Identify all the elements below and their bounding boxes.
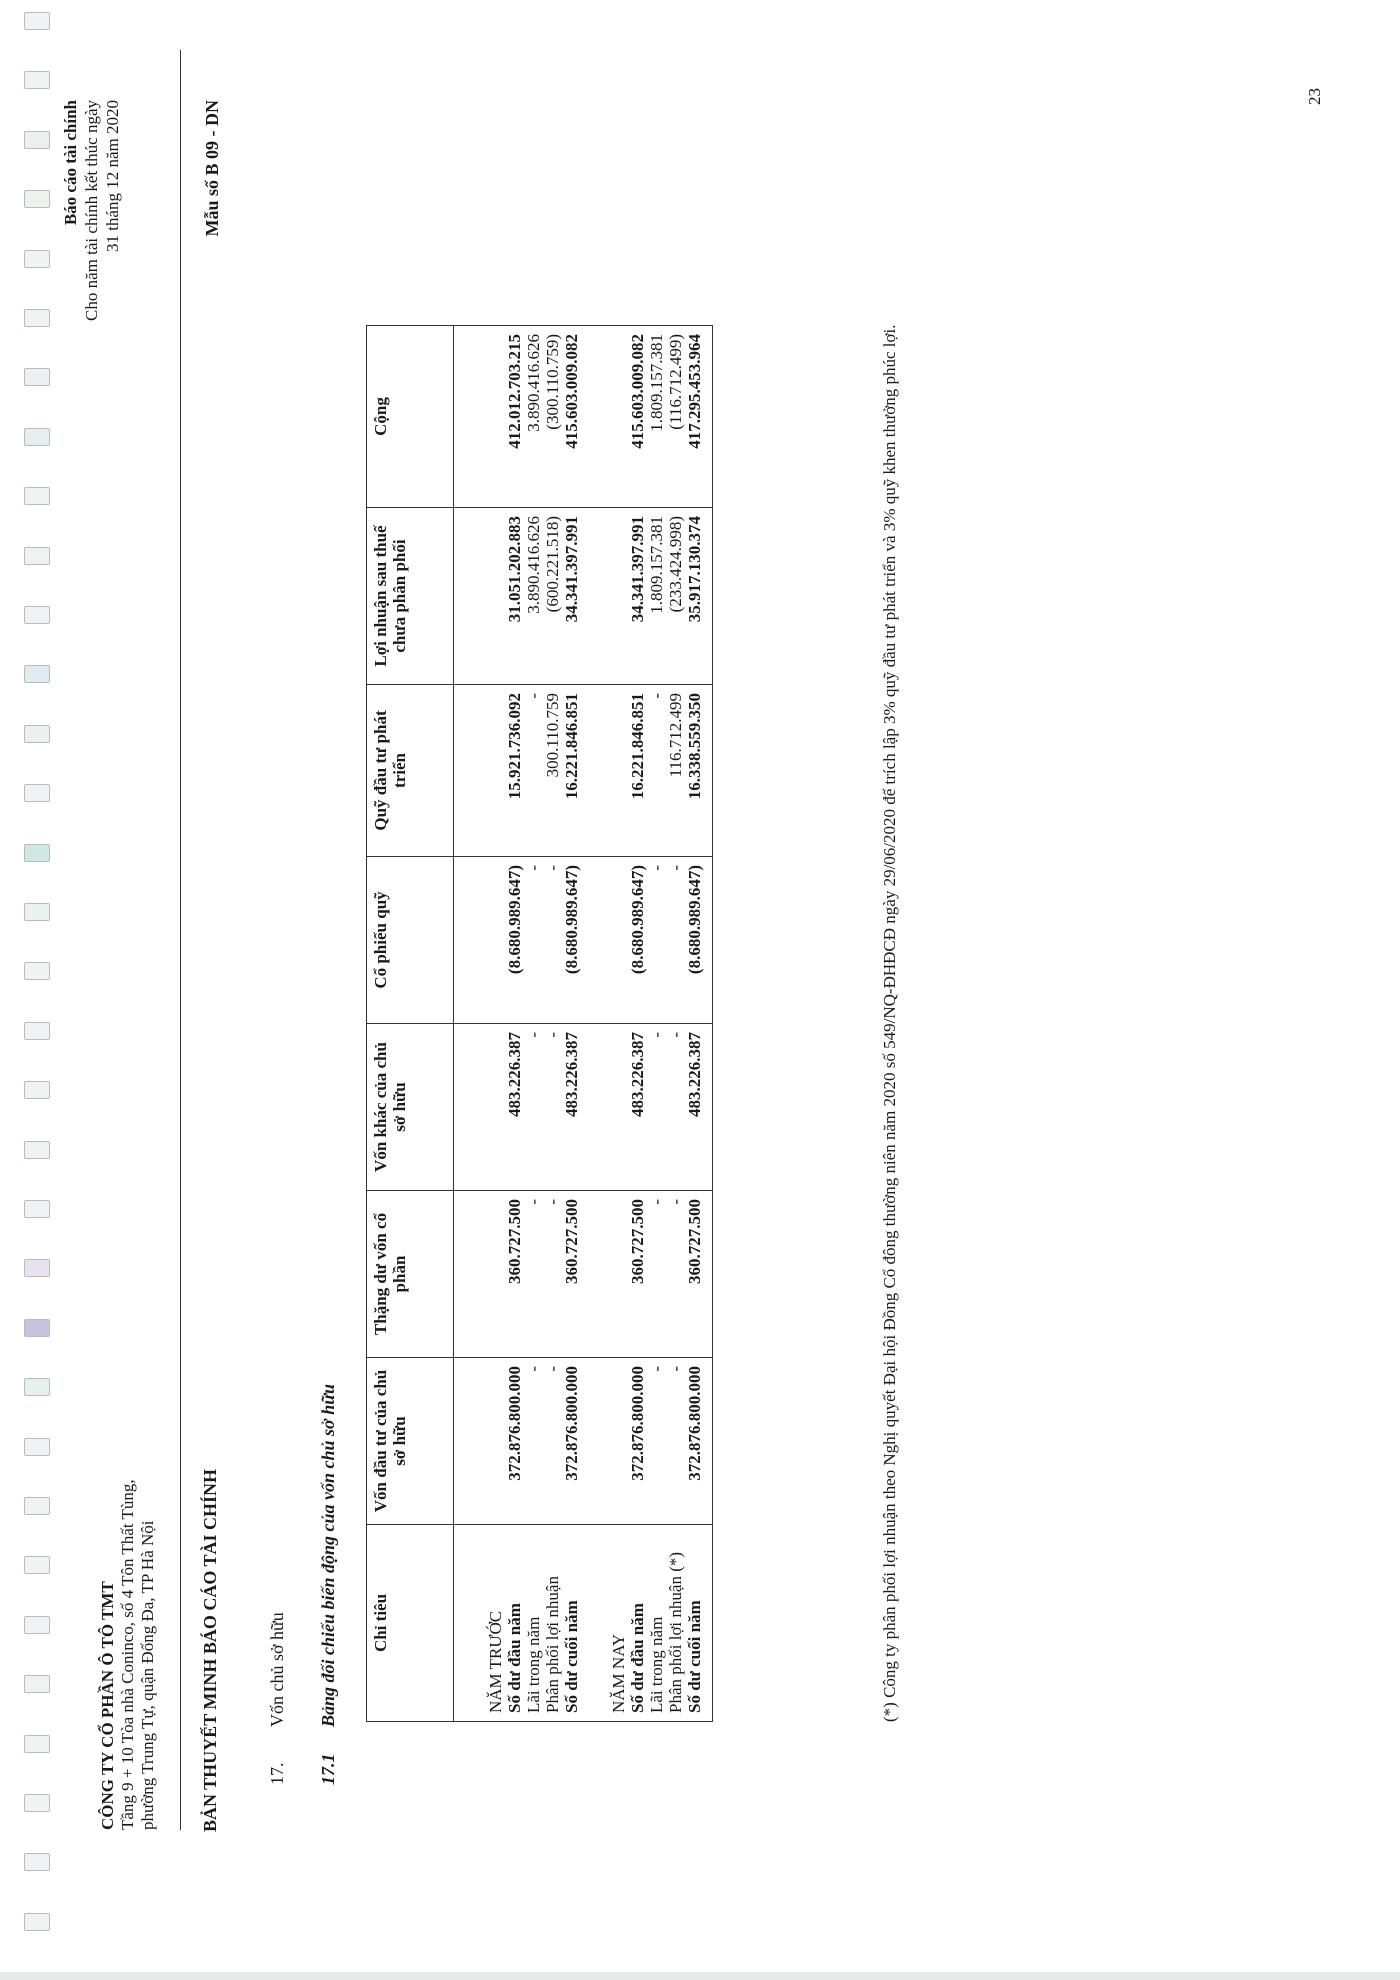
- cell-value: -: [524, 1024, 543, 1191]
- cell-value: -: [647, 685, 666, 857]
- cell-value: 16.221.846.851: [628, 685, 647, 857]
- row-label: Số dư cuối năm: [562, 1525, 581, 1722]
- empty-cell: [454, 857, 506, 1024]
- cell-value: 415.603.009.082: [562, 326, 581, 508]
- company-name: CÔNG TY CỔ PHẦN Ô TÔ TMT: [98, 1479, 118, 1830]
- cell-value: 300.110.759: [543, 685, 562, 857]
- cell-value: 415.603.009.082: [628, 326, 647, 508]
- cell-value: -: [543, 1191, 562, 1358]
- cell-value: -: [647, 857, 666, 1024]
- cell-value: 1.809.157.381: [647, 326, 666, 508]
- cell-value: 360.727.500: [505, 1191, 524, 1358]
- empty-cell: [581, 857, 628, 1024]
- form-number: Mẫu số B 09 - DN: [202, 100, 223, 237]
- row-label: Số dư đầu năm: [505, 1525, 524, 1722]
- cell-value: -: [666, 1191, 685, 1358]
- row-label: Phân phối lợi nhuận (*): [666, 1525, 685, 1722]
- cell-value: -: [524, 1191, 543, 1358]
- cell-value: 1.809.157.381: [647, 508, 666, 685]
- cell-value: 3.890.416.626: [524, 508, 543, 685]
- cell-value: -: [524, 857, 543, 1024]
- cell-value: 16.338.559.350: [685, 685, 713, 857]
- empty-cell: [454, 326, 506, 508]
- cell-value: 483.226.387: [628, 1024, 647, 1191]
- cell-value: -: [666, 1024, 685, 1191]
- empty-cell: [454, 1358, 506, 1525]
- subsection-number: 17.1: [318, 1727, 339, 1785]
- document-title: BẢN THUYẾT MINH BÁO CÁO TÀI CHÍNH: [200, 1469, 221, 1832]
- cell-value: 16.221.846.851: [562, 685, 581, 857]
- cell-value: 34.341.397.991: [562, 508, 581, 685]
- cell-value: 31.051.202.883: [505, 508, 524, 685]
- group-label: NĂM TRƯỚC: [454, 1525, 506, 1722]
- column-header: Vốn khác của chủ sở hữu: [367, 1024, 454, 1191]
- cell-value: -: [666, 857, 685, 1024]
- cell-value: 34.341.397.991: [628, 508, 647, 685]
- column-header: Quỹ đầu tư phát triển: [367, 685, 454, 857]
- footnote: (*) Công ty phân phối lợi nhuận theo Ngh…: [880, 272, 900, 1722]
- column-header: Thặng dư vốn cổ phần: [367, 1191, 454, 1358]
- row-label: Lãi trong năm: [524, 1525, 543, 1722]
- row-label: Số dư đầu năm: [628, 1525, 647, 1722]
- cell-value: 360.727.500: [628, 1191, 647, 1358]
- cell-value: 372.876.800.000: [628, 1358, 647, 1525]
- section-heading: 17.Vốn chủ sở hữu: [267, 1612, 288, 1785]
- cell-value: -: [543, 1358, 562, 1525]
- table-row: Số dư đầu năm372.876.800.000360.727.5004…: [628, 326, 647, 1722]
- empty-cell: [581, 326, 628, 508]
- column-header: Cộng: [367, 326, 454, 508]
- cell-value: -: [647, 1191, 666, 1358]
- header-rule: [180, 50, 181, 1830]
- empty-cell: [454, 1191, 506, 1358]
- cell-value: (600.221.518): [543, 508, 562, 685]
- empty-cell: [581, 1358, 628, 1525]
- cell-value: (8.680.989.647): [562, 857, 581, 1024]
- subsection-heading: 17.1Bảng đối chiếu biến động của vốn chủ…: [318, 1384, 339, 1785]
- cell-value: 372.876.800.000: [685, 1358, 713, 1525]
- cell-value: -: [647, 1358, 666, 1525]
- empty-cell: [454, 685, 506, 857]
- column-header: Vốn đầu tư của chủ sở hữu: [367, 1358, 454, 1525]
- cell-value: 3.890.416.626: [524, 326, 543, 508]
- table-row: Lãi trong năm-----1.809.157.3811.809.157…: [647, 326, 666, 1722]
- column-header: Cổ phiếu quỹ: [367, 857, 454, 1024]
- cell-value: -: [543, 857, 562, 1024]
- cell-value: (233.424.998): [666, 508, 685, 685]
- empty-cell: [454, 1024, 506, 1191]
- subsection-title: Bảng đối chiếu biến động của vốn chủ sở …: [318, 1384, 338, 1727]
- cell-value: -: [543, 1024, 562, 1191]
- table-header-row: Chỉ tiêuVốn đầu tư của chủ sở hữuThặng d…: [367, 326, 454, 1722]
- section-number: 17.: [267, 1727, 288, 1785]
- cell-value: 483.226.387: [505, 1024, 524, 1191]
- row-label: Phân phối lợi nhuận: [543, 1525, 562, 1722]
- table-row: Số dư cuối năm372.876.800.000360.727.500…: [685, 326, 713, 1722]
- company-address-line2: phường Trung Tự, quận Đống Đa, TP Hà Nội: [138, 1479, 158, 1830]
- table-row: Phân phối lợi nhuận----300.110.759(600.2…: [543, 326, 562, 1722]
- cell-value: 417.295.453.964: [685, 326, 713, 508]
- report-period-line1: Cho năm tài chính kết thúc ngày: [81, 100, 102, 321]
- cell-value: 372.876.800.000: [562, 1358, 581, 1525]
- group-label: NĂM NAY: [581, 1525, 628, 1722]
- page-number: 23: [1305, 0, 1325, 105]
- cell-value: -: [666, 1358, 685, 1525]
- table-row: Phân phối lợi nhuận (*)----116.712.499(2…: [666, 326, 685, 1722]
- cell-value: (300.110.759): [543, 326, 562, 508]
- row-label: Số dư cuối năm: [685, 1525, 713, 1722]
- empty-cell: [581, 1024, 628, 1191]
- empty-cell: [454, 508, 506, 685]
- cell-value: (116.712.499): [666, 326, 685, 508]
- cell-value: 483.226.387: [685, 1024, 713, 1191]
- cell-value: 412.012.703.215: [505, 326, 524, 508]
- report-period-line2: 31 tháng 12 năm 2020: [102, 100, 123, 321]
- report-header: Báo cáo tài chính Cho năm tài chính kết …: [60, 100, 123, 321]
- group-row: NĂM TRƯỚC: [454, 326, 506, 1722]
- cell-value: -: [524, 685, 543, 857]
- document-page: CÔNG TY CỔ PHẦN Ô TÔ TMT Tầng 9 + 10 Tòa…: [0, 0, 1400, 1980]
- section-title: Vốn chủ sở hữu: [267, 1612, 287, 1727]
- company-block: CÔNG TY CỔ PHẦN Ô TÔ TMT Tầng 9 + 10 Tòa…: [98, 1479, 158, 1830]
- column-header: Lợi nhuận sau thuế chưa phân phối: [367, 508, 454, 685]
- cell-value: (8.680.989.647): [505, 857, 524, 1024]
- equity-reconciliation-table: Chỉ tiêuVốn đầu tư của chủ sở hữuThặng d…: [366, 325, 713, 1722]
- company-address-line1: Tầng 9 + 10 Tòa nhà Coninco, số 4 Tôn Th…: [118, 1479, 138, 1830]
- cell-value: -: [524, 1358, 543, 1525]
- cell-value: -: [647, 1024, 666, 1191]
- cell-value: 360.727.500: [562, 1191, 581, 1358]
- table-row: Số dư cuối năm372.876.800.000360.727.500…: [562, 326, 581, 1722]
- cell-value: 15.921.736.092: [505, 685, 524, 857]
- cell-value: (8.680.989.647): [628, 857, 647, 1024]
- report-title: Báo cáo tài chính: [60, 100, 81, 321]
- table-row: Lãi trong năm-----3.890.416.6263.890.416…: [524, 326, 543, 1722]
- cell-value: (8.680.989.647): [685, 857, 713, 1024]
- cell-value: 116.712.499: [666, 685, 685, 857]
- group-row: NĂM NAY: [581, 326, 628, 1722]
- cell-value: 360.727.500: [685, 1191, 713, 1358]
- empty-cell: [581, 1191, 628, 1358]
- row-label: Lãi trong năm: [647, 1525, 666, 1722]
- cell-value: 483.226.387: [562, 1024, 581, 1191]
- cell-value: 35.917.130.374: [685, 508, 713, 685]
- column-header: Chỉ tiêu: [367, 1525, 454, 1722]
- cell-value: 372.876.800.000: [505, 1358, 524, 1525]
- table-row: Số dư đầu năm372.876.800.000360.727.5004…: [505, 326, 524, 1722]
- empty-cell: [581, 508, 628, 685]
- empty-cell: [581, 685, 628, 857]
